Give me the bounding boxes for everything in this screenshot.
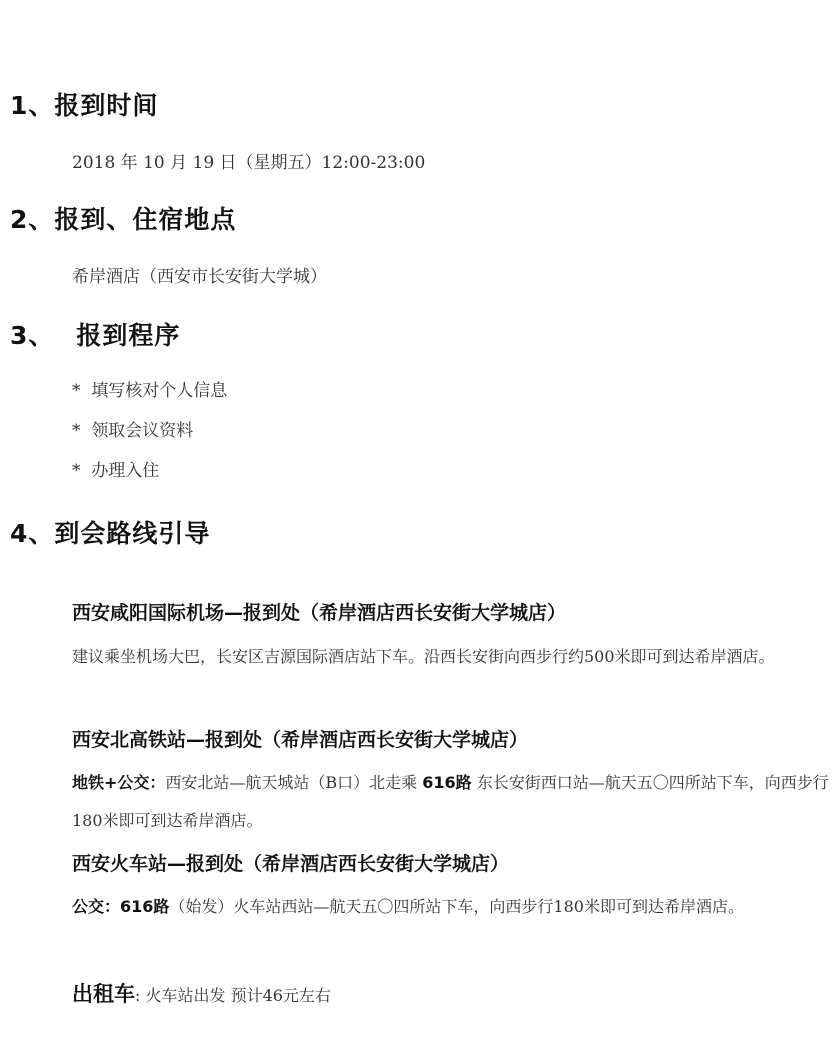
- route-mode-label: 公交：: [72, 897, 120, 916]
- registration-time: 2018 年 10 月 19 日（星期五）12:00-23:00: [72, 148, 425, 173]
- taxi-text: 火车站出发 预计46元左右: [145, 986, 330, 1005]
- section-number: 1、: [10, 91, 54, 120]
- section-title: 到会路线引导: [54, 519, 210, 548]
- route-text: 西安北站—航天城站（B口）北走乘: [165, 773, 422, 792]
- section-title: 报到、住宿地点: [54, 205, 236, 234]
- taxi-label: 出租车: [72, 982, 135, 1006]
- bullet-icon: *: [72, 461, 81, 481]
- section-number: 4、: [10, 519, 54, 548]
- section-2-heading: 2、报到、住宿地点: [10, 200, 236, 236]
- registration-location: 希岸酒店（西安市长安街大学城）: [72, 262, 327, 287]
- section-title: 报到时间: [54, 91, 158, 120]
- route-title-railway-station: 西安火车站—报到处（希岸酒店西长安街大学城店）: [72, 849, 509, 876]
- route-body-airport: 建议乘坐机场大巴，长安区吉源国际酒店站下车。沿西长安街向西步行约500米即可到达…: [72, 638, 832, 676]
- taxi-colon: :: [135, 986, 145, 1005]
- route-body-railway-station: 公交：616路（始发）火车站西站—航天五〇四所站下车，向西步行180米即可到达希…: [72, 888, 832, 926]
- bullet-icon: *: [72, 421, 81, 441]
- section-1-heading: 1、报到时间: [10, 86, 158, 122]
- route-title-airport: 西安咸阳国际机场—报到处（希岸酒店西长安街大学城店）: [72, 598, 566, 625]
- procedure-item: * 领取会议资料: [72, 416, 193, 441]
- route-title-north-station: 西安北高铁站—报到处（希岸酒店西长安街大学城店）: [72, 725, 528, 752]
- section-title: 报到程序: [76, 321, 180, 350]
- bus-line: 616路: [120, 897, 169, 916]
- section-3-heading: 3、报到程序: [10, 316, 180, 352]
- procedure-item-label: 填写核对个人信息: [91, 381, 227, 401]
- bus-line: 616路: [422, 773, 471, 792]
- route-mode-label: 地铁+公交：: [72, 773, 165, 792]
- taxi-info: 出租车: 火车站出发 预计46元左右: [72, 978, 331, 1008]
- procedure-item: * 办理入住: [72, 456, 159, 481]
- bullet-icon: *: [72, 381, 81, 401]
- procedure-item: * 填写核对个人信息: [72, 376, 227, 401]
- procedure-item-label: 办理入住: [91, 461, 159, 481]
- route-text: （始发）火车站西站—航天五〇四所站下车，向西步行180米即可到达希岸酒店。: [169, 897, 744, 916]
- procedure-item-label: 领取会议资料: [91, 421, 193, 441]
- section-number: 3、: [10, 321, 54, 350]
- route-body-north-station: 地铁+公交：西安北站—航天城站（B口）北走乘 616路 东长安街西口站—航天五〇…: [72, 764, 832, 840]
- section-4-heading: 4、到会路线引导: [10, 514, 210, 550]
- section-number: 2、: [10, 205, 54, 234]
